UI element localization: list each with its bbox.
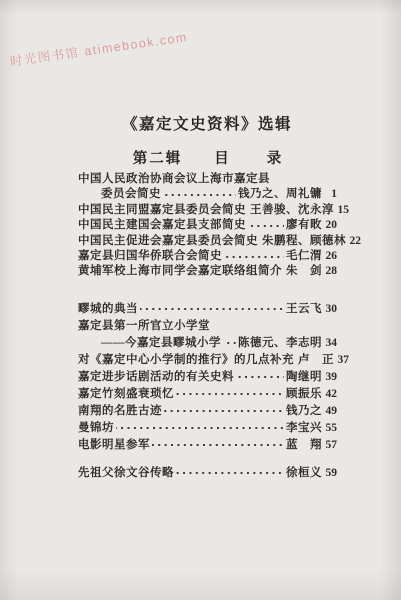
toc-entry-authors: 朱 剑 (286, 264, 322, 279)
dot-leader (224, 255, 284, 259)
toc-entry: 先祖父徐文谷传略 徐桓义 59 (78, 465, 337, 482)
toc-entry: 委员会简史 钱乃之、周礼镛 1 (78, 187, 337, 202)
toc-entry-authors: 钱乃之 (286, 403, 322, 420)
toc-entry: 黄埔军校上海市同学会嘉定联络组简介 朱 剑 28 (78, 264, 337, 279)
toc-entry-authors: 毛仁渭 (286, 249, 322, 264)
toc-section-2: 疁城的典当 王云飞 30 嘉定县第一所官立小学堂 ——今嘉定县疁城小学 陈德元、… (78, 301, 337, 482)
toc-entry: 嘉定县归国华侨联合会简史 毛仁渭 26 (78, 249, 337, 264)
toc-entry-title: 嘉定进步话剧活动的有关史料 (78, 369, 234, 386)
volume-label: 第二辑 (133, 147, 183, 168)
toc-entry-title: 先祖父徐文谷传略 (78, 465, 174, 482)
toc-entry-title: 中国人民政治协商会议上海市嘉定县 (78, 172, 270, 187)
dot-leader (152, 443, 284, 447)
toc-entry-page: 39 (322, 369, 337, 386)
toc-entry-authors: 顾振乐 (286, 386, 322, 403)
toc-entry-title: 中国民主促进会嘉定县委员会简史 (78, 234, 258, 249)
toc-entry: 对《嘉定中心小学制的推行》的几点补充 卢 正 37 (78, 352, 337, 369)
scanned-book-page: 时光图书馆 atimebook.com 《嘉定文史资料》选辑 第二辑 目 录 中… (0, 0, 401, 600)
toc-entry: 嘉定进步话剧活动的有关史料 陶继明 39 (78, 369, 337, 386)
toc-entry-authors: 陶继明 (286, 369, 322, 386)
dot-leader (176, 471, 284, 475)
toc-entry-authors: 徐桓义 (286, 465, 322, 482)
toc-entry-page: 1 (322, 187, 337, 202)
toc-entry: 中国人民政治协商会议上海市嘉定县 (78, 172, 337, 187)
toc-entry: 曼锦坊 李宝兴 55 (78, 420, 337, 437)
toc-entry-title: 嘉定县第一所官立小学堂 (78, 318, 210, 335)
toc-entry-title: ——今嘉定县疁城小学 (78, 335, 221, 352)
dot-leader (164, 409, 284, 413)
toc-entry-authors: 廖有畋 (286, 218, 322, 233)
dot-leader (223, 341, 236, 345)
volume-contents-heading: 第二辑 目 录 (78, 147, 336, 168)
dot-leader (163, 193, 236, 197)
toc-entry-page: 22 (346, 234, 361, 249)
toc-entry-page: 30 (322, 301, 337, 318)
toc-entry: 中国民主同盟嘉定县委员会简史 王善骏、沈永淳 15 (78, 203, 337, 218)
toc-entry-authors: 王善骏、沈永淳 (250, 203, 334, 218)
toc-entry-page: 42 (322, 386, 337, 403)
toc-entry: 嘉定县第一所官立小学堂 (78, 318, 337, 335)
toc-entry: ——今嘉定县疁城小学 陈德元、李志明 34 (78, 335, 337, 352)
toc-entry-authors: 陈德元、李志明 (238, 335, 322, 352)
toc-entry: 中国民主促进会嘉定县委员会简史 朱鹏程、顾德林 22 (78, 234, 337, 249)
toc-entry-page: 26 (322, 249, 337, 264)
toc-entry-page: 15 (334, 203, 349, 218)
page-header: 《嘉定文史资料》选辑 第二辑 目 录 (78, 112, 336, 168)
dot-leader (140, 307, 284, 311)
toc-entry-page: 34 (322, 335, 337, 352)
toc-entry-page: 20 (322, 218, 337, 233)
dot-leader (248, 224, 284, 228)
contents-char-1: 目 (214, 147, 229, 168)
toc-entry-title: 对《嘉定中心小学制的推行》的几点补充 (78, 352, 294, 369)
toc-entry-title: 曼锦坊 (78, 420, 114, 437)
toc-entry-authors: 李宝兴 (286, 420, 322, 437)
toc-entry: 中国民主建国会嘉定县支部简史 廖有畋 20 (78, 218, 337, 233)
contents-char-2: 录 (267, 147, 282, 168)
dot-leader (236, 375, 284, 379)
toc-entry-page: 28 (322, 264, 337, 279)
toc-entry: 嘉定竹刻盛衰琐忆 顾振乐 42 (78, 386, 337, 403)
toc-entry-authors: 王云飞 (286, 301, 322, 318)
toc-entry: 电影明星参军 蓝 翔 57 (78, 437, 337, 454)
toc-entry-authors: 卢 正 (298, 352, 334, 369)
toc-entry: 南翔的名胜古迹 钱乃之 49 (78, 403, 337, 420)
toc-entry-title: 中国民主同盟嘉定县委员会简史 (78, 203, 246, 218)
toc-entry-title: 黄埔军校上海市同学会嘉定联络组简介 (78, 264, 282, 279)
toc-entry-title: 委员会简史 (78, 187, 161, 202)
toc-entry-title: 嘉定县归国华侨联合会简史 (78, 249, 222, 264)
toc-entry-authors: 蓝 翔 (286, 437, 322, 454)
dot-leader (176, 392, 284, 396)
toc-entry-page: 59 (322, 465, 337, 482)
book-title: 《嘉定文史资料》选辑 (78, 112, 336, 134)
toc-entry-authors: 朱鹏程、顾德林 (262, 234, 346, 249)
toc-entry-title: 电影明星参军 (78, 437, 150, 454)
toc-entry-page: 49 (322, 403, 337, 420)
toc-entry-title: 南翔的名胜古迹 (78, 403, 162, 420)
table-of-contents: 中国人民政治协商会议上海市嘉定县 委员会简史 钱乃之、周礼镛 1 中国民主同盟嘉… (78, 172, 337, 482)
toc-entry-page: 55 (322, 420, 337, 437)
toc-entry-page: 57 (322, 437, 337, 454)
toc-entry-title: 中国民主建国会嘉定县支部简史 (78, 218, 246, 233)
toc-entry-authors: 钱乃之、周礼镛 (238, 187, 322, 202)
toc-entry: 疁城的典当 王云飞 30 (78, 301, 337, 318)
toc-entry-title: 嘉定竹刻盛衰琐忆 (78, 386, 174, 403)
toc-entry-page: 37 (334, 352, 349, 369)
watermark: 时光图书馆 atimebook.com (9, 27, 189, 70)
dot-leader (116, 426, 284, 430)
toc-entry-title: 疁城的典当 (78, 301, 138, 318)
